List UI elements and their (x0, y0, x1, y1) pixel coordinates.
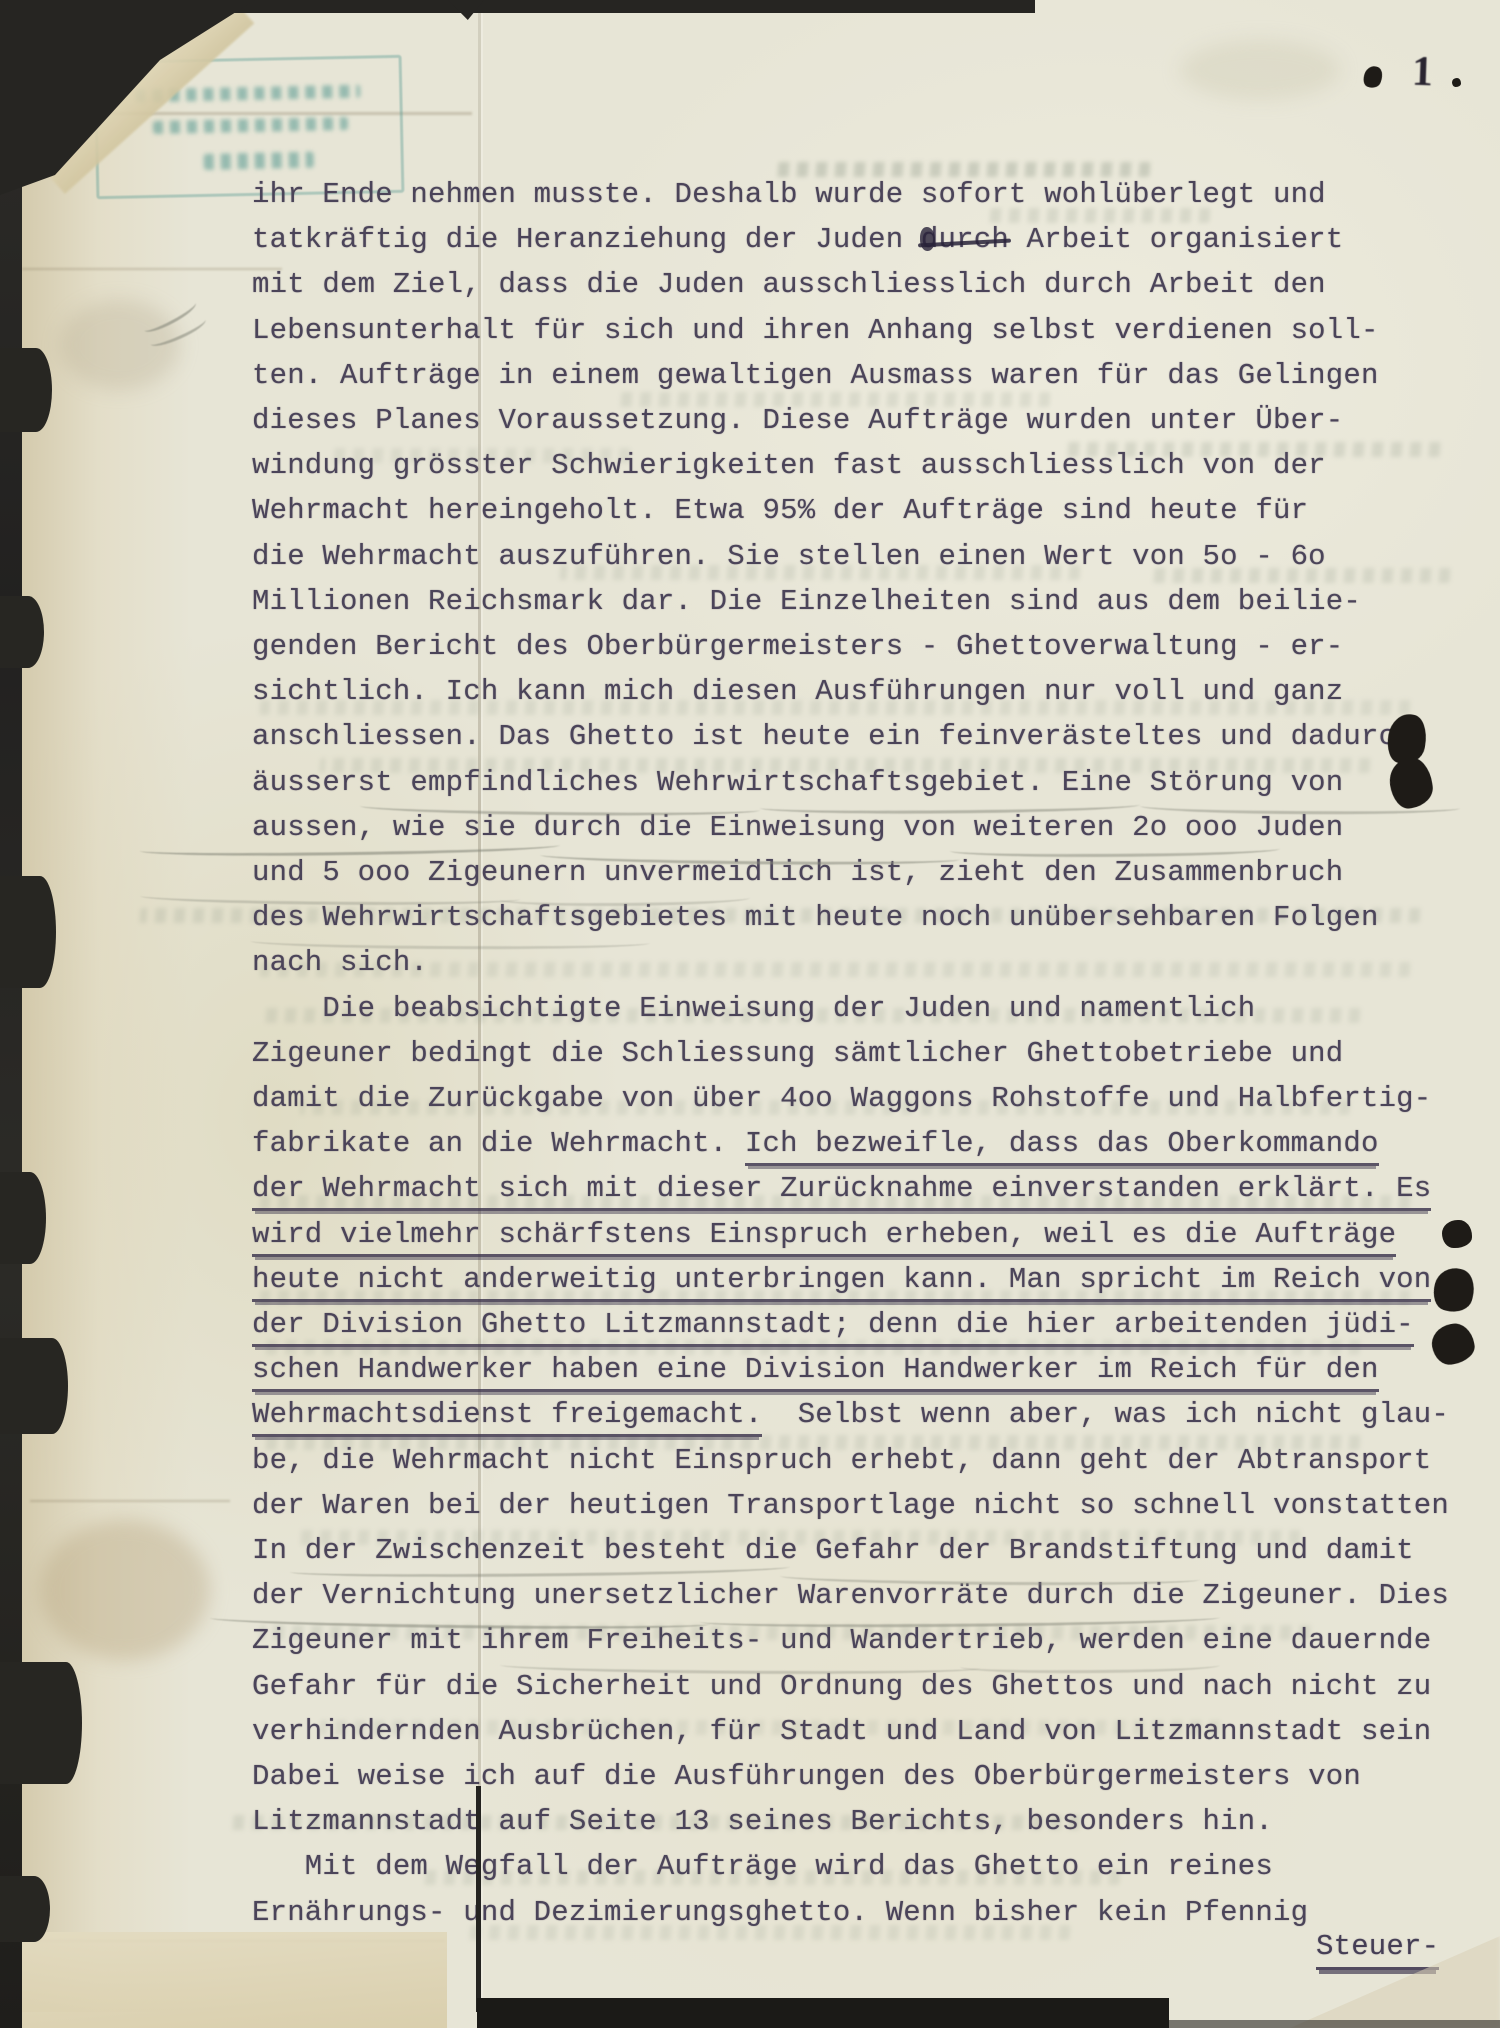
paper-stain (40, 1520, 210, 1660)
text-line: Die beabsichtigte Einweisung der Juden u… (252, 992, 1255, 1026)
text-line: Zigeuner mit ihrem Freiheits- und Wander… (252, 1624, 1431, 1658)
text-line: der Waren bei der heutigen Transportlage… (252, 1489, 1449, 1523)
text-line: aussen, wie sie durch die Einweisung von… (252, 811, 1343, 845)
torn-edge-notch (0, 876, 56, 988)
text-line: ten. Aufträge in einem gewaltigen Ausmas… (252, 359, 1379, 393)
text-line: Ernährungs- und Dezimierungsghetto. Wenn… (252, 1896, 1308, 1930)
page-number: 1 (1411, 48, 1434, 97)
document-page: 1 ihr Ende nehmen musste. Deshalb wurde … (0, 0, 1500, 2028)
torn-edge-notch (0, 1662, 82, 1784)
text-line: der Wehrmacht sich mit dieser Zurücknahm… (252, 1172, 1431, 1206)
bottom-edge-gap (477, 1998, 1169, 2028)
text-line: genden Bericht des Oberbürgermeisters - … (252, 630, 1343, 664)
torn-edge-notch (0, 1172, 46, 1264)
text-line: be, die Wehrmacht nicht Einspruch erhebt… (252, 1444, 1431, 1478)
text-line: die Wehrmacht auszuführen. Sie stellen e… (252, 540, 1326, 574)
text-line: heute nicht anderweitig unterbringen kan… (252, 1263, 1431, 1297)
text-line: mit dem Ziel, dass die Juden ausschliess… (252, 268, 1326, 302)
paper-stain (1180, 40, 1340, 100)
ink-blot (1429, 1264, 1479, 1317)
ghost-text-showthrough (769, 162, 1150, 177)
bottom-edge-shadow (1169, 2020, 1500, 2028)
ink-blot (1387, 755, 1436, 810)
text-line: In der Zwischenzeit besteht die Gefahr d… (252, 1534, 1414, 1568)
stamp-text-line (153, 117, 348, 134)
text-line: wird vielmehr schärfstens Einspruch erhe… (252, 1218, 1396, 1252)
text-line: der Division Ghetto Litzmannstadt; denn … (252, 1308, 1414, 1342)
text-line: Zigeuner bedingt die Schliessung sämtlic… (252, 1037, 1343, 1071)
ink-blot (1452, 78, 1461, 87)
text-line: Wehrmachtsdienst freigemacht. Selbst wen… (252, 1398, 1449, 1432)
text-line: windung grösster Schwierigkeiten fast au… (252, 449, 1326, 483)
catchword: Steuer- (1316, 1930, 1439, 1963)
ink-blot (1442, 1220, 1472, 1248)
text-line: dieses Planes Voraussetzung. Diese Auftr… (252, 404, 1343, 438)
text-line: Millionen Reichsmark dar. Die Einzelheit… (252, 585, 1361, 619)
ink-blot (1429, 1321, 1477, 1368)
torn-edge-notch (0, 348, 52, 432)
bottom-left-wrinkle (22, 1932, 447, 2028)
text-line: Litzmannstadt auf Seite 13 seines Berich… (252, 1805, 1273, 1839)
bottom-tear-line (476, 1786, 481, 2012)
text-line: Wehrmacht hereingeholt. Etwa 95% der Auf… (252, 494, 1308, 528)
torn-edge-notch (0, 1338, 68, 1434)
ink-blot (1361, 64, 1385, 91)
paper-crease (22, 268, 282, 270)
text-line: Lebensunterhalt für sich und ihren Anhan… (252, 314, 1379, 348)
text-line: des Wehrwirtschaftsgebietes mit heute no… (252, 901, 1379, 935)
text-line: der Vernichtung unersetzlicher Warenvorr… (252, 1579, 1449, 1613)
text-line: Gefahr für die Sicherheit und Ordnung de… (252, 1670, 1431, 1704)
struck-word: durch (921, 223, 1009, 257)
torn-edge-notch (0, 596, 44, 668)
stamp-text-line (204, 152, 314, 170)
text-line: tatkräftig die Heranziehung der Juden du… (252, 223, 1343, 257)
torn-edge-notch (0, 1876, 50, 1942)
text-line: schen Handwerker haben eine Division Han… (252, 1353, 1379, 1387)
text-line: fabrikate an die Wehrmacht. Ich bezweifl… (252, 1127, 1379, 1161)
text-line: verhindernden Ausbrüchen, für Stadt und … (252, 1715, 1431, 1749)
paper-crease (30, 1500, 230, 1502)
text-line: Mit dem Wegfall der Aufträge wird das Gh… (252, 1850, 1273, 1884)
catchword-label: Steuer- (1316, 1930, 1439, 1970)
text-line: ihr Ende nehmen musste. Deshalb wurde so… (252, 178, 1326, 212)
pencil-underline (290, 1567, 790, 1579)
text-line: nach sich. (252, 946, 428, 980)
text-line: äusserst empfindliches Wehrwirtschaftsge… (252, 766, 1343, 800)
text-line: damit die Zurückgabe von über 4oo Waggon… (252, 1082, 1431, 1116)
text-line: anschliessen. Das Ghetto ist heute ein f… (252, 720, 1414, 754)
text-line: sichtlich. Ich kann mich diesen Ausführu… (252, 675, 1343, 709)
text-line: Dabei weise ich auf die Ausführungen des… (252, 1760, 1361, 1794)
ghost-text-showthrough (259, 962, 1410, 977)
